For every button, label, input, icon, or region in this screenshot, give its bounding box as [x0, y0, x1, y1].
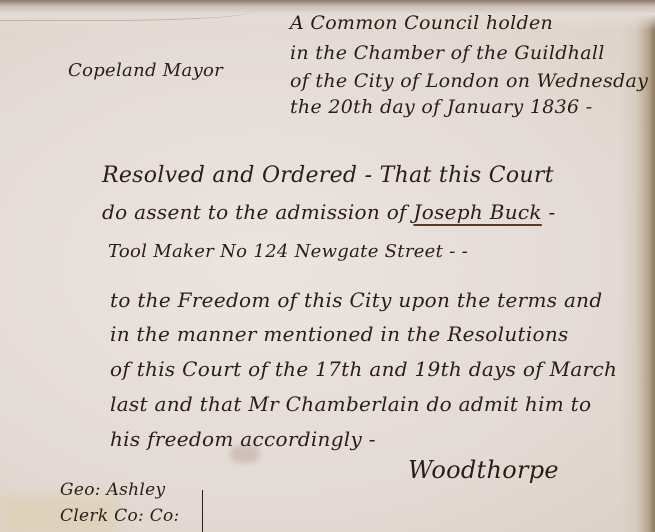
clerk-name: Geo: Ashley [60, 480, 165, 500]
heading-line-2: in the Chamber of the Guildhall [290, 42, 605, 64]
resolution-line-2-suffix: - [549, 200, 556, 224]
heading-line-4: the 20th day of January 1836 - [290, 96, 592, 118]
margin-note-mayor: Copeland Mayor [68, 60, 223, 81]
body-line-3: of this Court of the 17th and 19th days … [110, 357, 617, 381]
page-fold-line [0, 6, 250, 21]
brace-mark [196, 490, 203, 532]
resolution-line-2: do assent to the admission of Joseph Buc… [102, 200, 556, 224]
manuscript-page: Copeland Mayor A Common Council holden i… [0, 0, 655, 532]
heading-line-3: of the City of London on Wednesday [290, 70, 648, 92]
admitted-person-name: Joseph Buck [413, 200, 541, 224]
resolution-line-2-prefix: do assent to the admission of [102, 200, 407, 224]
body-line-4: last and that Mr Chamberlain do admit hi… [110, 392, 591, 416]
signature-woodthorpe: Woodthorpe [408, 456, 559, 484]
resolution-line-1: Resolved and Ordered - That this Court [102, 163, 554, 188]
resolution-line-3: Tool Maker No 124 Newgate Street - - [108, 241, 468, 262]
body-line-5: his freedom accordingly - [110, 427, 376, 451]
body-line-1: to the Freedom of this City upon the ter… [110, 288, 602, 312]
body-line-2: in the manner mentioned in the Resolutio… [110, 322, 569, 346]
heading-line-1: A Common Council holden [290, 12, 553, 34]
clerk-title: Clerk Co: Co: [60, 506, 180, 526]
